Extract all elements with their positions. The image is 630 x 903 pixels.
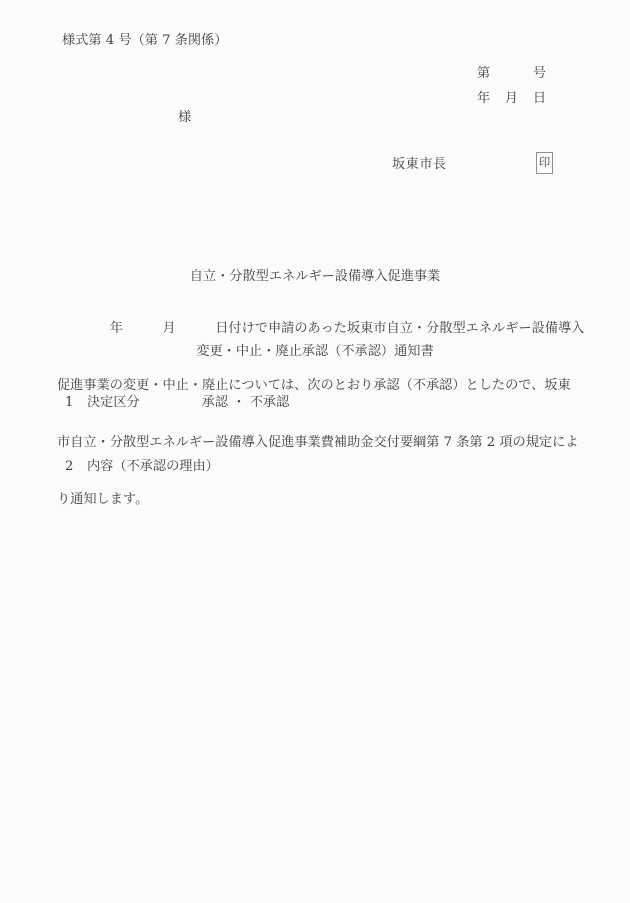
- body-paragraph: 年 月 日付けで申請のあった坂東市自立・分散型エネルギー設備導入 促進事業の変更…: [57, 281, 582, 547]
- body-line: 促進事業の変更・中止・廃止については、次のとおり承認（不承認）としたので、坂東: [57, 376, 582, 395]
- item-number: 1: [65, 396, 87, 409]
- date-year-label: 年: [477, 92, 490, 105]
- body-line: 市自立・分散型エネルギー設備導入促進事業費補助金交付要綱第 7 条第 2 項の規…: [57, 433, 582, 452]
- date-month-label: 月: [505, 92, 518, 105]
- seal-box: 印: [536, 152, 553, 174]
- item-label: 内容（不承認の理由）: [87, 460, 219, 473]
- doc-number-prefix: 第: [477, 67, 490, 80]
- item-decision-category: 1 決定区分 承認 ・ 不承認: [65, 396, 289, 409]
- seal-mark: 印: [539, 157, 551, 169]
- item-number: 2: [65, 460, 87, 473]
- body-line: 年 月 日付けで申請のあった坂東市自立・分散型エネルギー設備導入: [57, 319, 582, 338]
- date-line: 年 月 日: [477, 92, 546, 105]
- item-content-reason: 2 内容（不承認の理由）: [65, 460, 219, 473]
- sender-name: 坂東市長: [392, 158, 447, 171]
- addressee-honorific: 様: [178, 111, 191, 124]
- item-label: 決定区分: [87, 396, 140, 409]
- doc-number-suffix: 号: [533, 67, 546, 80]
- document-page: 様式第 4 号（第 7 条関係） 第 号 年 月 日 様 坂東市長 印 自立・分…: [0, 0, 630, 903]
- decision-options: 承認 ・ 不承認: [202, 396, 290, 409]
- date-day-label: 日: [533, 92, 546, 105]
- body-line: り通知します。: [57, 490, 582, 509]
- form-number-label: 様式第 4 号（第 7 条関係）: [62, 34, 227, 47]
- doc-number-line: 第 号: [477, 67, 546, 80]
